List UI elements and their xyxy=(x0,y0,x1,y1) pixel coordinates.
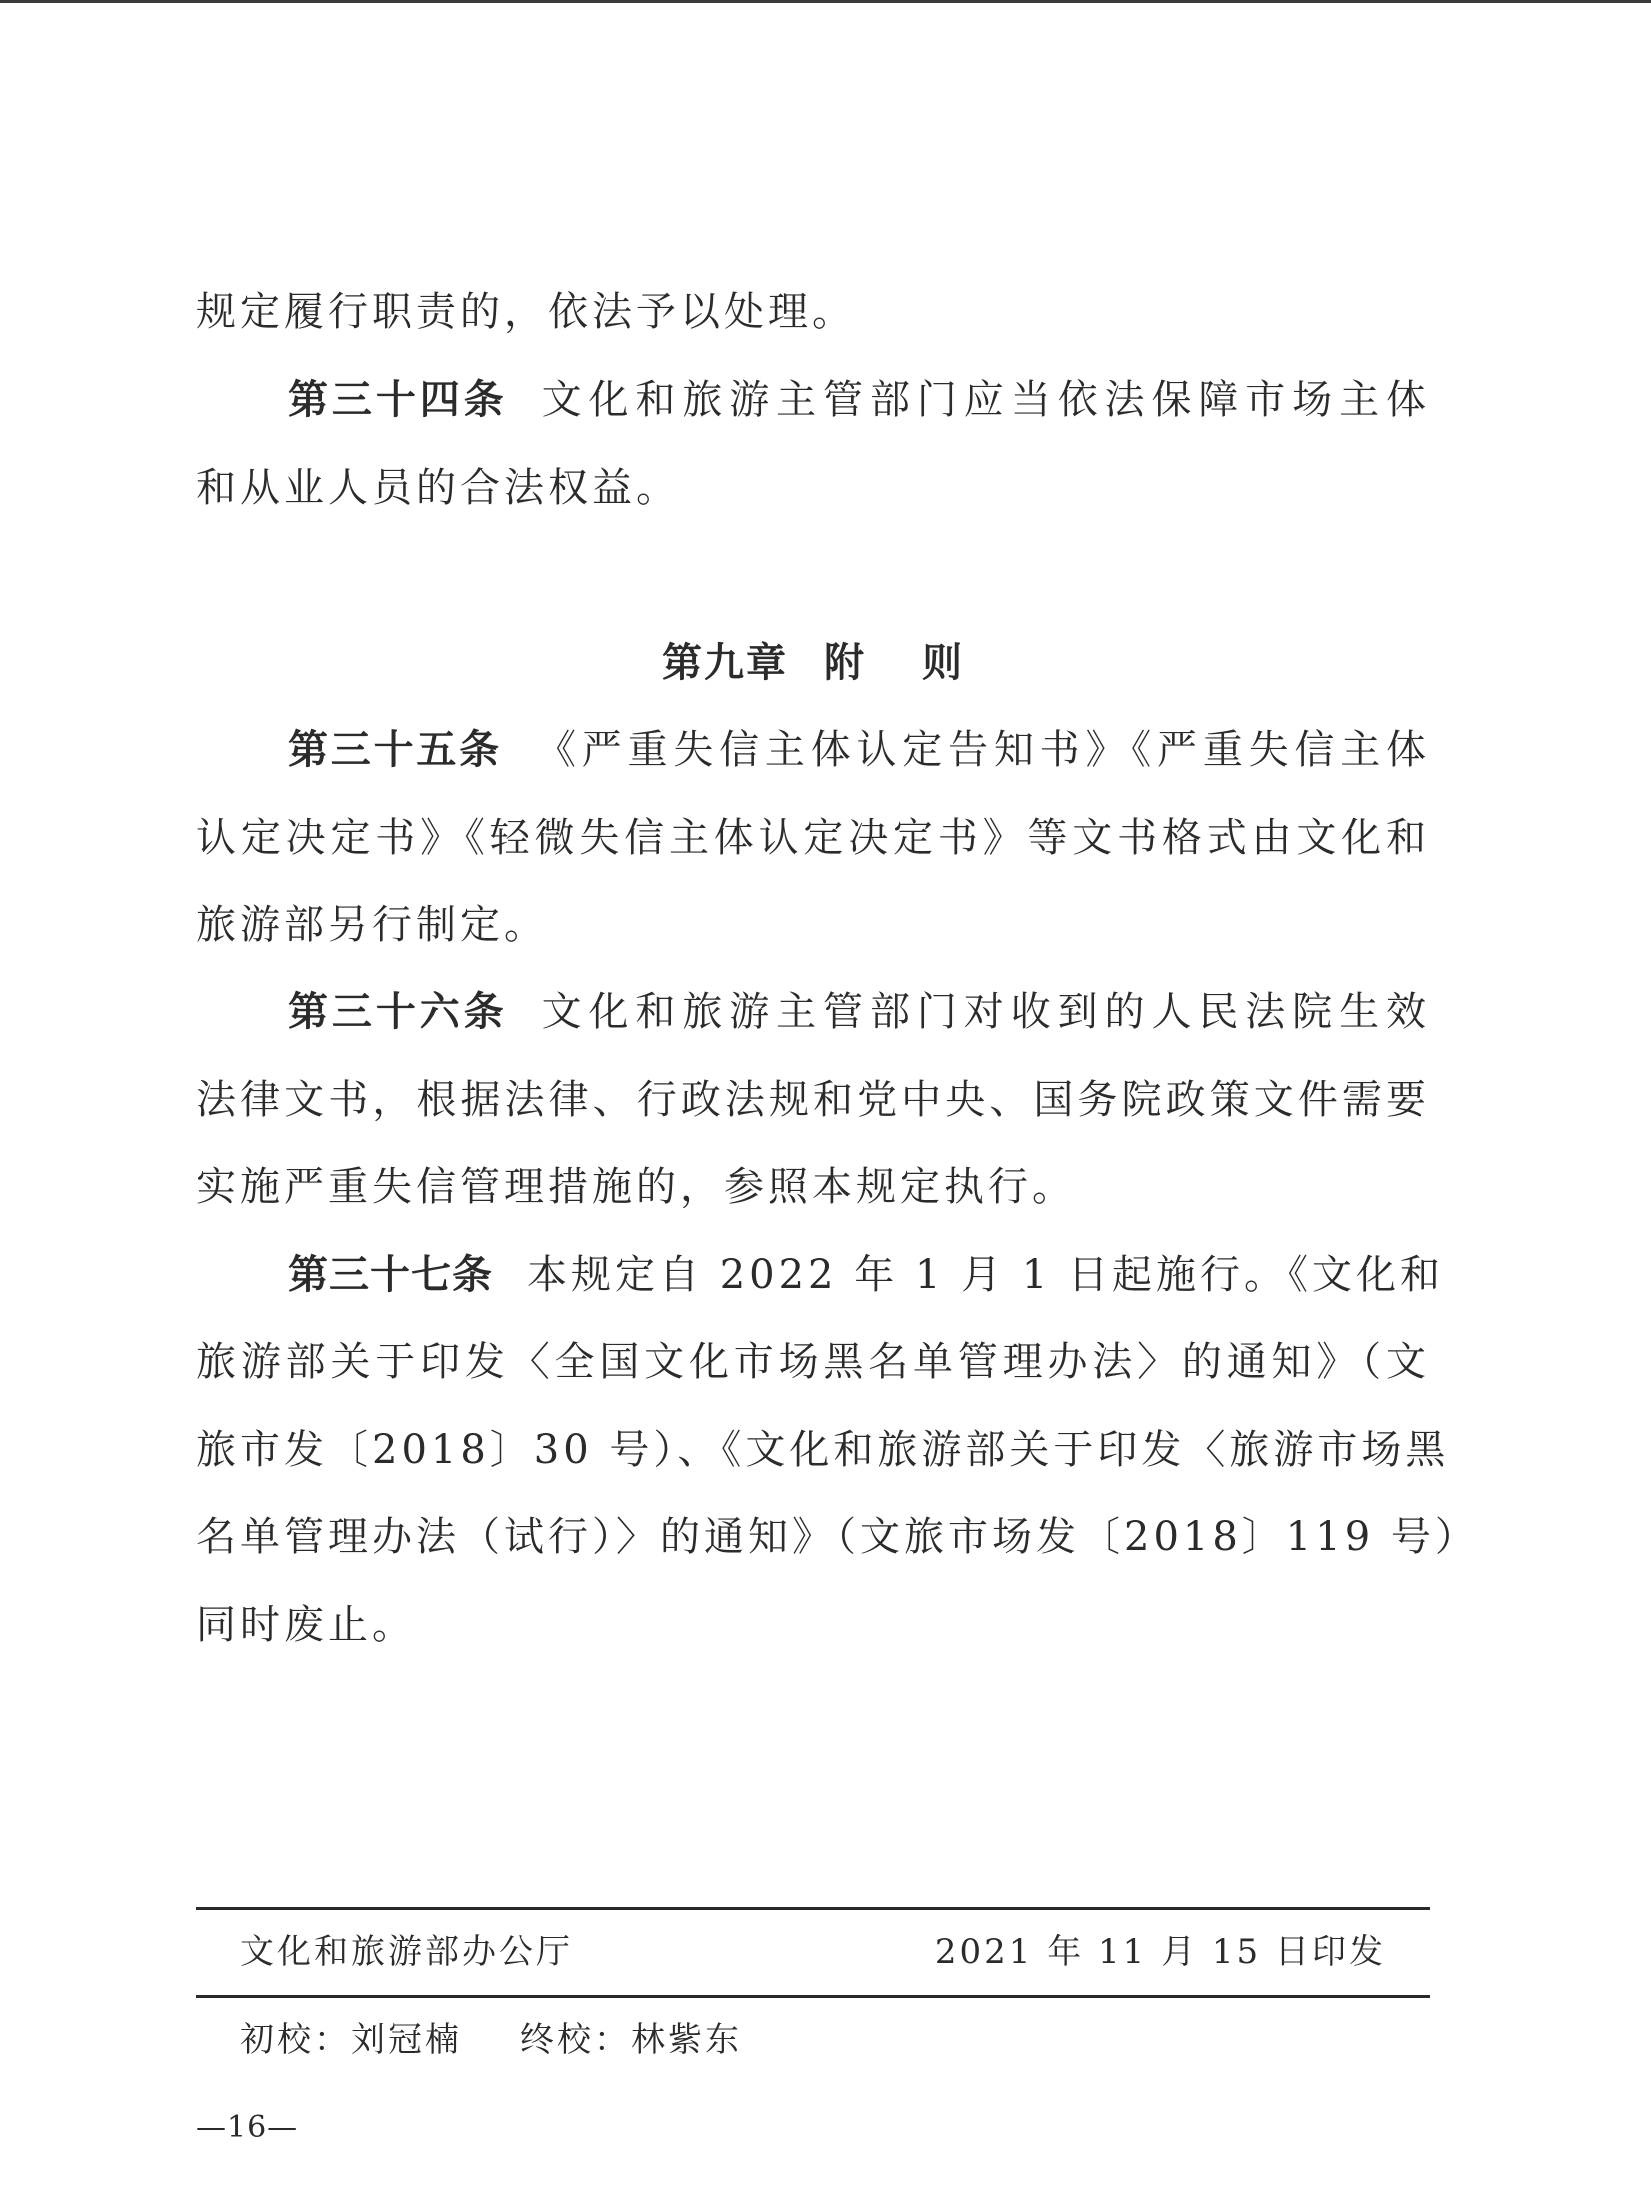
paragraph-line: 认定决定书》《轻微失信主体认定决定书》等文书格式由文化和 xyxy=(196,808,1430,868)
paragraph-line: 法律文书，根据法律、行政法规和党中央、国务院政策文件需要 xyxy=(196,1070,1430,1130)
issue-date: 2021 年 11 月 15 日印发 xyxy=(935,1927,1386,1977)
paragraph-line: 同时废止。 xyxy=(196,1595,1430,1655)
first-proof-label: 初校： xyxy=(240,2020,351,2060)
article-text: 《严重失信主体认定告知书》《严重失信主体 xyxy=(536,727,1430,773)
article-35: 第三十五条《严重失信主体认定告知书》《严重失信主体 xyxy=(196,720,1430,780)
article-text: 文化和旅游主管部门应当依法保障市场主体 xyxy=(542,377,1430,423)
paragraph-line: 规定履行职责的，依法予以处理。 xyxy=(196,282,1430,342)
article-number: 第三十五条 xyxy=(288,727,502,773)
proofreaders: 初校：刘冠楠终校：林紫东 xyxy=(240,2015,742,2065)
paragraph-line: 和从业人员的合法权益。 xyxy=(196,458,1430,518)
chapter-number: 第九章 xyxy=(662,640,788,686)
chapter-title-part2: 则 xyxy=(922,640,964,686)
article-36: 第三十六条文化和旅游主管部门对收到的人民法院生效 xyxy=(196,982,1430,1042)
first-proof-name: 刘冠楠 xyxy=(351,2020,462,2060)
scan-edge xyxy=(0,0,1651,3)
issuer: 文化和旅游部办公厅 xyxy=(240,1927,573,1977)
article-number: 第三十六条 xyxy=(288,989,508,1035)
final-proof-label: 终校： xyxy=(520,2020,631,2060)
article-34: 第三十四条文化和旅游主管部门应当依法保障市场主体 xyxy=(196,370,1430,430)
issuance-row: 文化和旅游部办公厅 2021 年 11 月 15 日印发 xyxy=(196,1927,1430,1977)
chapter-title-part1: 附 xyxy=(824,640,866,686)
paragraph-line: 旅游部另行制定。 xyxy=(196,895,1430,955)
article-number: 第三十七条 xyxy=(288,1252,493,1298)
article-37: 第三十七条本规定自 2022 年 1 月 1 日起施行。《文化和 xyxy=(196,1245,1430,1305)
paragraph-line: 实施严重失信管理措施的，参照本规定执行。 xyxy=(196,1157,1430,1217)
footer-top-rule xyxy=(196,1907,1430,1910)
final-proof-name: 林紫东 xyxy=(631,2020,742,2060)
paragraph-line: 旅市发〔2018〕30 号）、《文化和旅游部关于印发〈旅游市场黑 xyxy=(196,1420,1430,1480)
article-text: 文化和旅游主管部门对收到的人民法院生效 xyxy=(542,989,1430,1035)
paragraph-line: 旅游部关于印发〈全国文化市场黑名单管理办法〉的通知》（文 xyxy=(196,1332,1430,1392)
footer-bottom-rule xyxy=(196,1995,1430,1998)
page-number: —16— xyxy=(196,2106,298,2150)
proofreading-row: 初校：刘冠楠终校：林紫东 xyxy=(196,2015,1430,2065)
article-number: 第三十四条 xyxy=(288,377,508,423)
article-text: 本规定自 2022 年 1 月 1 日起施行。《文化和 xyxy=(527,1252,1444,1298)
chapter-heading: 第九章附则 xyxy=(196,633,1430,693)
paragraph-line: 名单管理办法（试行）〉的通知》（文旅市场发〔2018〕119 号） xyxy=(196,1507,1430,1567)
